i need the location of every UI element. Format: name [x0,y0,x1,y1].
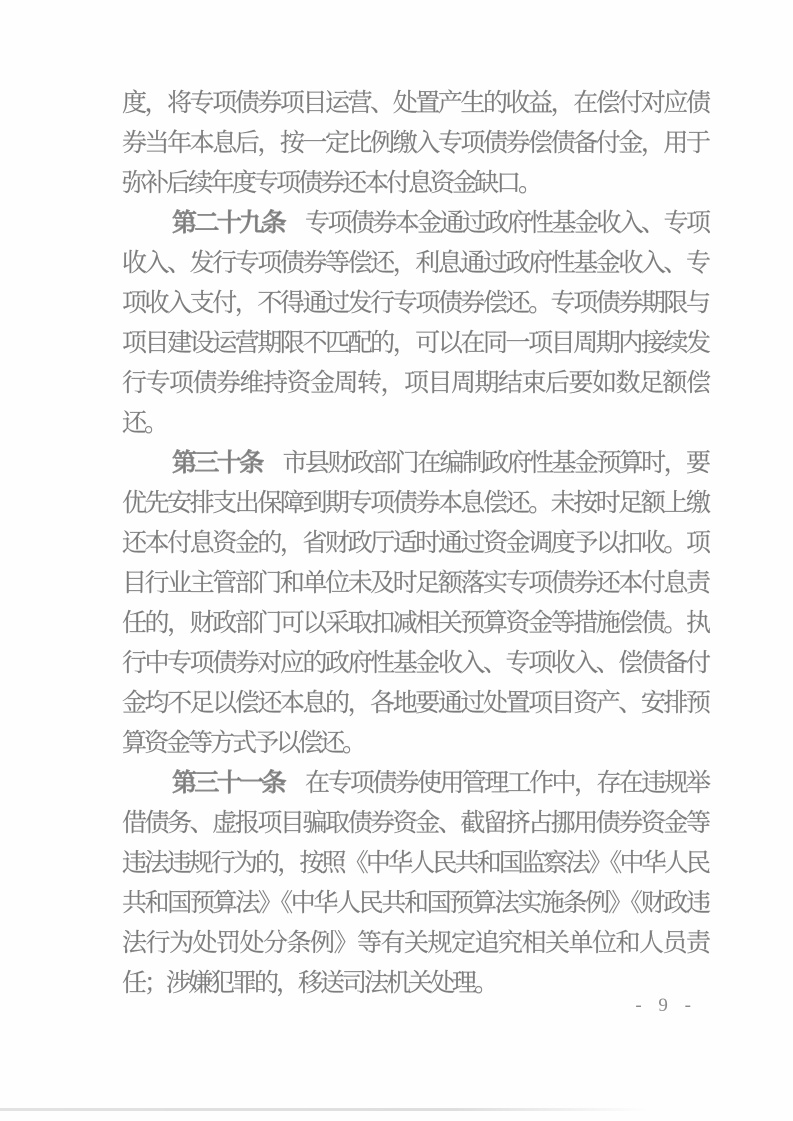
page-number: - 9 - [635,995,697,1017]
article-29-label: 第二十九条 [172,210,305,237]
article-31-label: 第三十一条 [172,770,305,797]
article-30-label: 第三十条 [172,450,283,477]
article-31-paragraph: 第三十一条在专项债券使用管理工作中，存在违规举借债务、虚报项目骗取债券资金、截留… [122,764,708,1004]
scanned-document-page: 度，将专项债券项目运营、处置产生的收益，在偿付对应债券当年本息后，按一定比例缴入… [0,0,793,1121]
article-30-paragraph: 第三十条市县财政部门在编制政府性基金预算时，要优先安排支出保障到期专项债券本息偿… [122,444,708,764]
paragraph-continuation: 度，将专项债券项目运营、处置产生的收益，在偿付对应债券当年本息后，按一定比例缴入… [122,84,708,204]
article-30-text: 市县财政部门在编制政府性基金预算时，要优先安排支出保障到期专项债券本息偿还。未按… [122,450,708,757]
document-body: 度，将专项债券项目运营、处置产生的收益，在偿付对应债券当年本息后，按一定比例缴入… [122,84,708,1004]
scan-edge-artifact [0,1108,650,1111]
article-29-paragraph: 第二十九条专项债券本金通过政府性基金收入、专项收入、发行专项债券等偿还，利息通过… [122,204,708,444]
article-29-text: 专项债券本金通过政府性基金收入、专项收入、发行专项债券等偿还，利息通过政府性基金… [122,210,708,437]
article-31-text: 在专项债券使用管理工作中，存在违规举借债务、虚报项目骗取债券资金、截留挤占挪用债… [122,770,708,997]
